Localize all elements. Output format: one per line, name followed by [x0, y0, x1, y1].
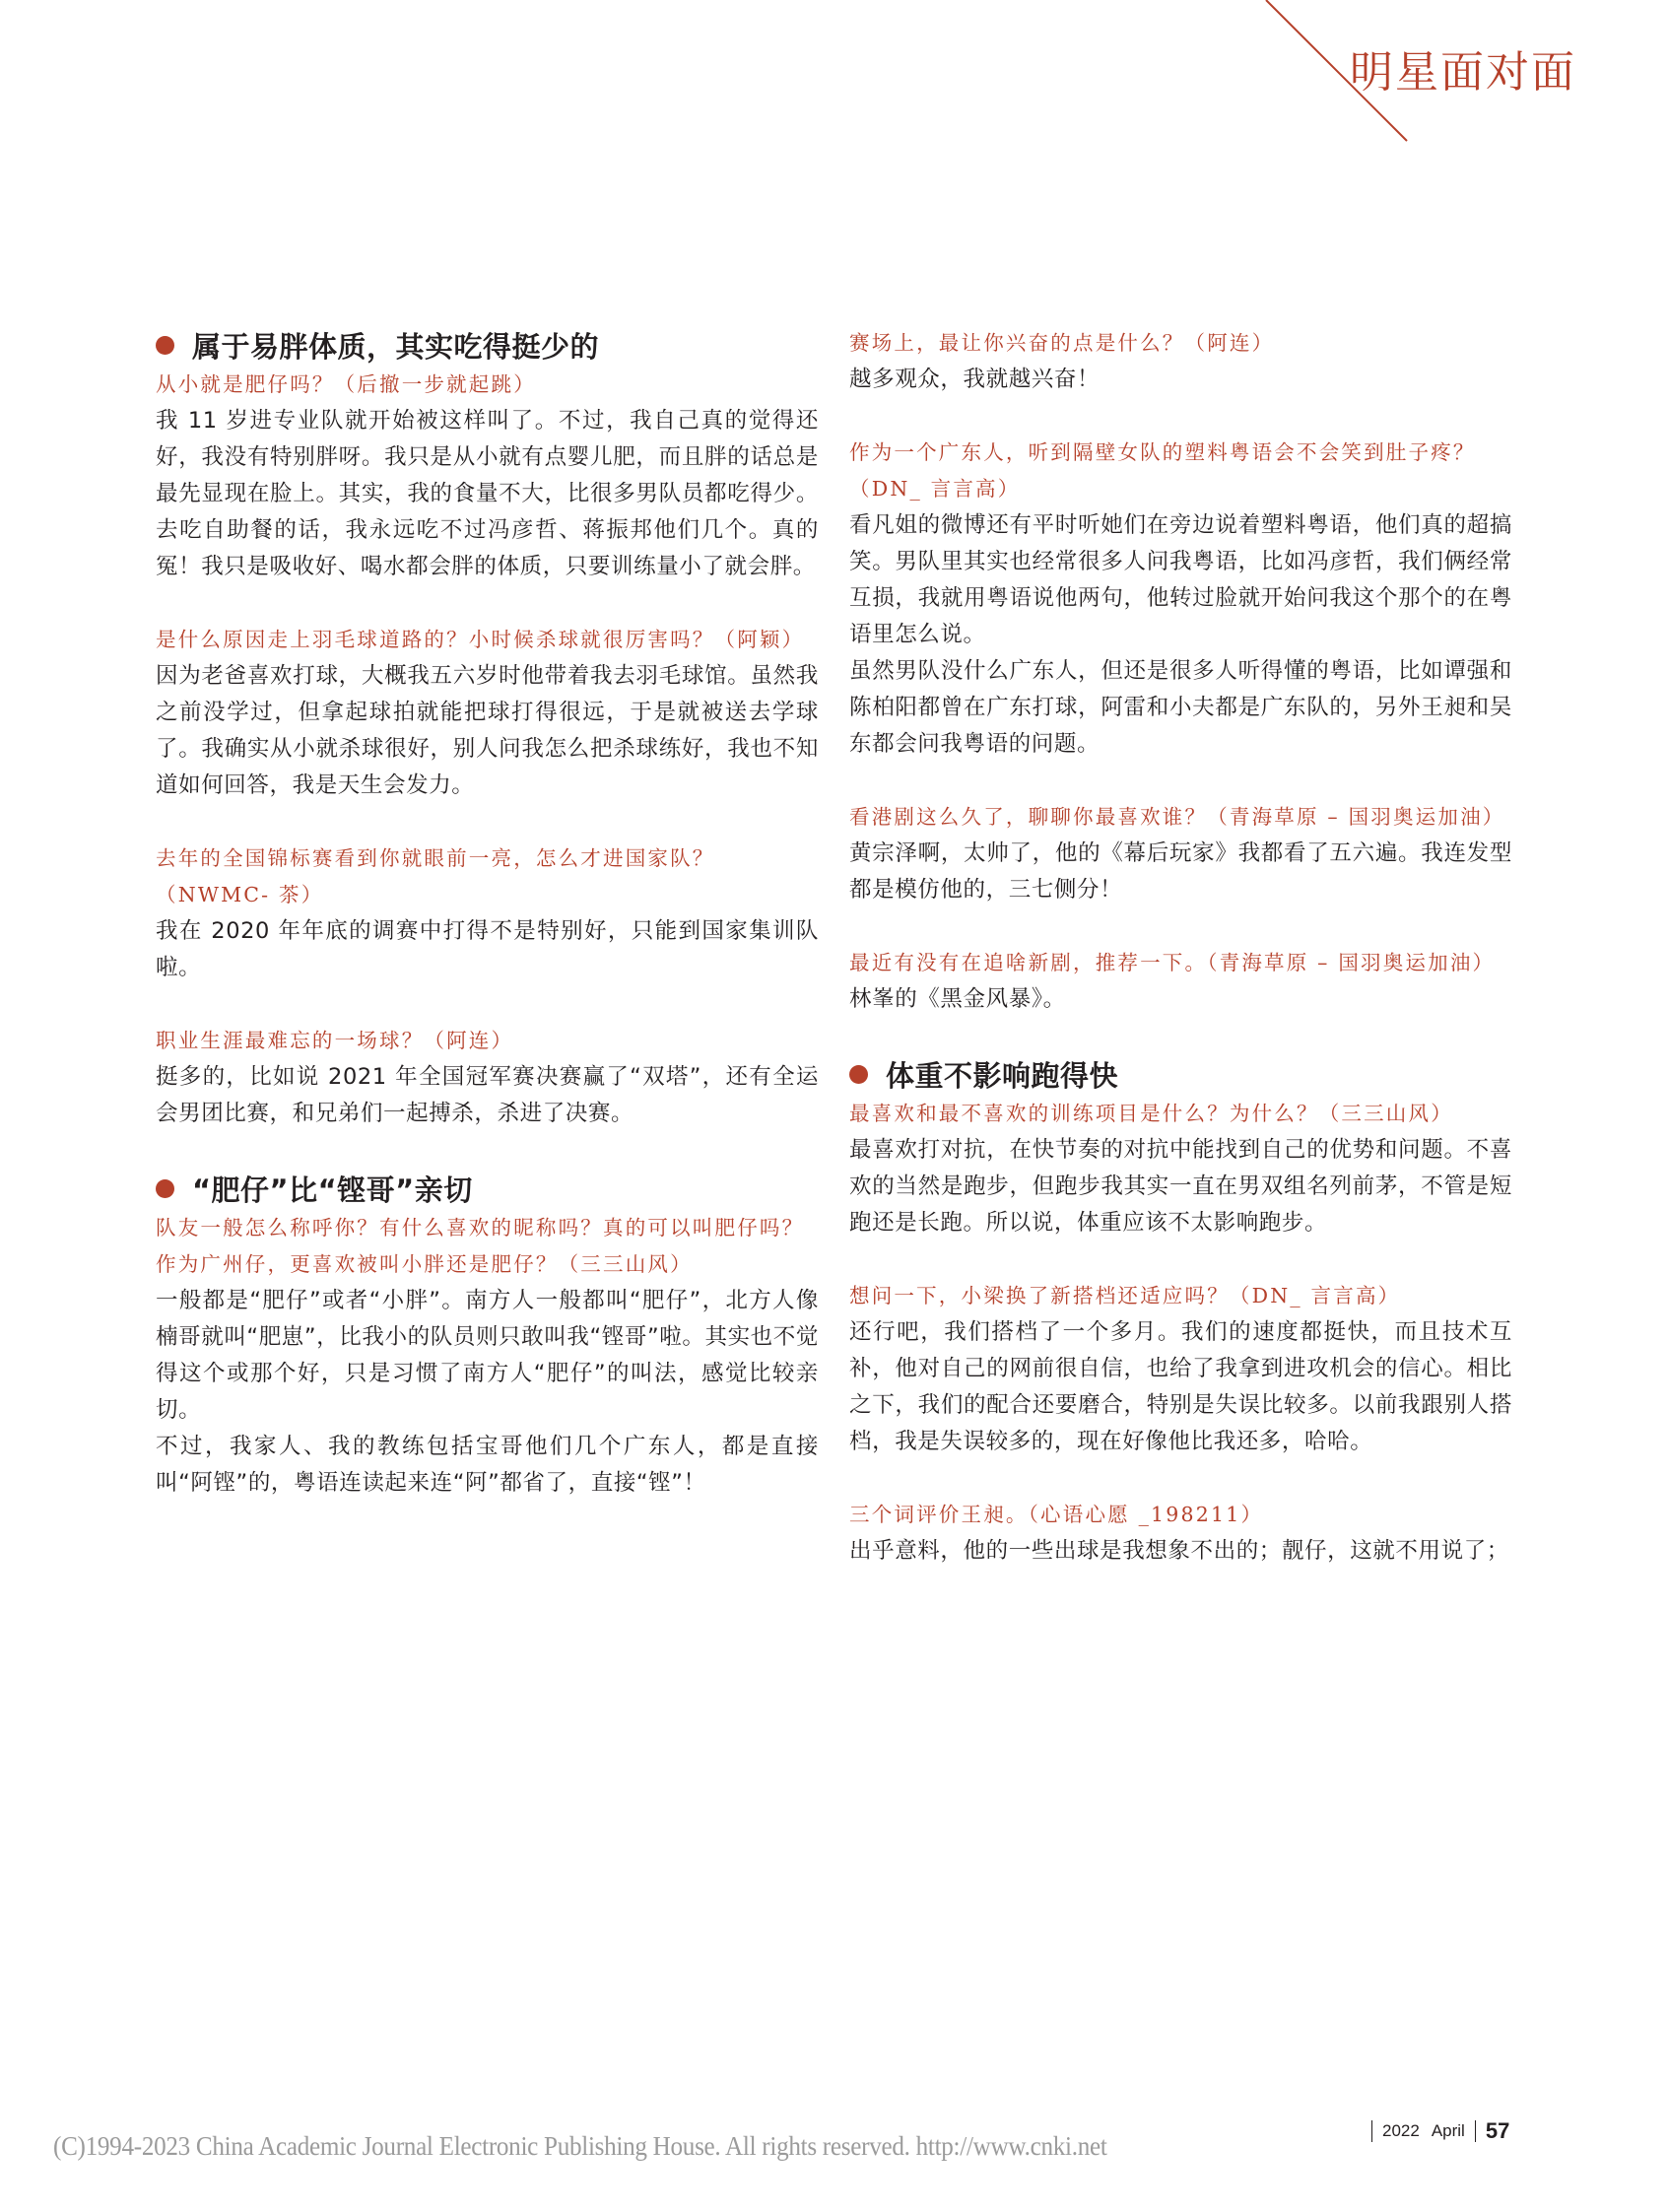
header-diagonal-line [1266, 0, 1267, 1]
question: 去年的全国锦标赛看到你就眼前一亮，怎么才进国家队？（NWMC- 茶） [156, 840, 819, 913]
left-column: 属于易胖体质，其实吃得挺少的 从小就是肥仔吗？（后撤一步就起跳） 我 11 岁进… [156, 325, 819, 1502]
answer: 黄宗泽啊，太帅了，他的《幕后玩家》我都看了五六遍。我连发型都是模仿他的，三七侧分… [849, 836, 1512, 908]
answer: 不过，我家人、我的教练包括宝哥他们几个广东人，都是直接叫“阿铿”的，粤语连读起来… [156, 1429, 819, 1502]
answer: 因为老爸喜欢打球，大概我五六岁时他带着我去羽毛球馆。虽然我之前没学过，但拿起球拍… [156, 658, 819, 804]
question: 职业生涯最难忘的一场球？（阿连） [156, 1023, 819, 1059]
diagonal-line-icon [1266, 0, 1267, 1]
divider [1371, 2120, 1372, 2142]
section-heading: 体重不影响跑得快 [849, 1054, 1512, 1094]
answer: 林峯的《黑金风暴》。 [849, 981, 1512, 1018]
question: 三个词评价王昶。（心语心愿 _198211） [849, 1497, 1512, 1533]
question: 作为一个广东人，听到隔壁女队的塑料粤语会不会笑到肚子疼？（DN_ 言言高） [849, 435, 1512, 507]
section-heading: “肥仔”比“铿哥”亲切 [156, 1169, 819, 1208]
copyright-notice: (C)1994-2023 China Academic Journal Elec… [53, 2131, 1107, 2162]
question: 赛场上，最让你兴奋的点是什么？（阿连） [849, 325, 1512, 362]
divider [1475, 2120, 1476, 2142]
answer: 出乎意料，他的一些出球是我想象不出的；靓仔，这就不用说了； [849, 1533, 1512, 1570]
answer: 一般都是“肥仔”或者“小胖”。南方人一般都叫“肥仔”，北方人像楠哥就叫“肥崽”，… [156, 1283, 819, 1429]
section-heading-text: 属于易胖体质，其实吃得挺少的 [192, 325, 599, 366]
bullet-dot-icon [156, 336, 174, 355]
question: 是什么原因走上羽毛球道路的？小时候杀球就很厉害吗？（阿颖） [156, 622, 819, 658]
answer: 最喜欢打对抗，在快节奏的对抗中能找到自己的优势和问题。不喜欢的当然是跑步，但跑步… [849, 1132, 1512, 1241]
answer: 我在 2020 年年底的调赛中打得不是特别好，只能到国家集训队啦。 [156, 913, 819, 986]
answer: 越多观众，我就越兴奋！ [849, 362, 1512, 398]
question: 最喜欢和最不喜欢的训练项目是什么？为什么？（三三山风） [849, 1096, 1512, 1132]
answer: 我 11 岁进专业队就开始被这样叫了。不过，我自己真的觉得还好，我没有特别胖呀。… [156, 403, 819, 585]
section-heading-text: 体重不影响跑得快 [886, 1054, 1118, 1095]
page-number: 57 [1486, 2118, 1509, 2144]
answer: 挺多的，比如说 2021 年全国冠军赛决赛赢了“双塔”，还有全运会男团比赛，和兄… [156, 1059, 819, 1132]
question: 从小就是肥仔吗？（后撤一步就起跳） [156, 367, 819, 403]
answer: 看凡姐的微博还有平时听她们在旁边说着塑料粤语，他们真的超搞笑。男队里其实也经常很… [849, 507, 1512, 653]
question: 想问一下，小梁换了新搭档还适应吗？（DN_ 言言高） [849, 1278, 1512, 1314]
section-heading: 属于易胖体质，其实吃得挺少的 [156, 325, 819, 365]
question: 队友一般怎么称呼你？有什么喜欢的昵称吗？真的可以叫肥仔吗？作为广州仔，更喜欢被叫… [156, 1210, 819, 1283]
right-column: 赛场上，最让你兴奋的点是什么？（阿连） 越多观众，我就越兴奋！ 作为一个广东人，… [849, 325, 1512, 1570]
issue-month: April [1432, 2121, 1465, 2141]
page-info: 2022 April 57 [1362, 2118, 1509, 2144]
bullet-dot-icon [156, 1179, 174, 1198]
question: 最近有没有在追啥新剧，推荐一下。（青海草原 – 国羽奥运加油） [849, 945, 1512, 981]
issue-year: 2022 [1382, 2121, 1420, 2141]
answer: 还行吧，我们搭档了一个多月。我们的速度都挺快，而且技术互补，他对自己的网前很自信… [849, 1314, 1512, 1460]
question: 看港剧这么久了，聊聊你最喜欢谁？（青海草原 – 国羽奥运加油） [849, 799, 1512, 836]
bullet-dot-icon [849, 1065, 868, 1084]
section-label: 明星面对面 [1350, 51, 1576, 95]
answer: 虽然男队没什么广东人，但还是很多人听得懂的粤语，比如谭强和陈柏阳都曾在广东打球，… [849, 653, 1512, 763]
section-heading-text: “肥仔”比“铿哥”亲切 [192, 1169, 473, 1209]
